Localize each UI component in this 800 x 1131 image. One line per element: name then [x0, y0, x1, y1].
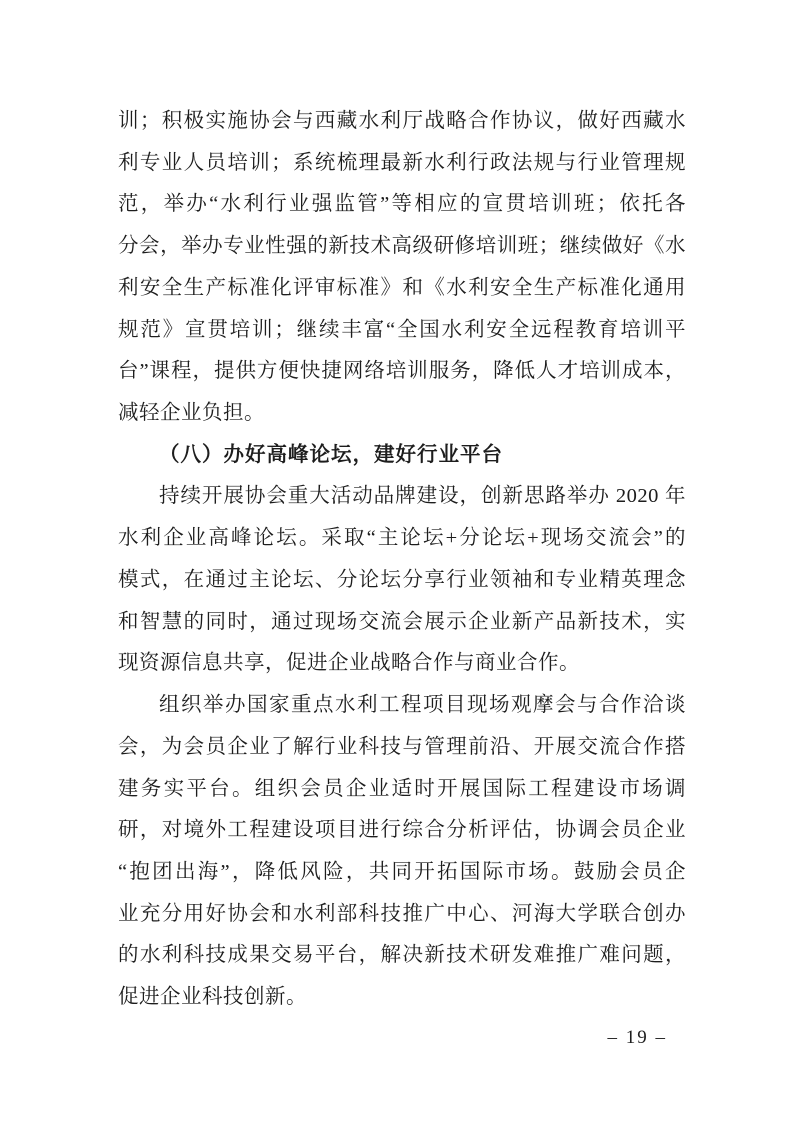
text-line: 训；积极实施协会与西藏水利厅战略合作协议，做好西藏水 [118, 101, 686, 143]
text-line: 和智慧的同时，通过现场交流会展示企业新产品新技术，实 [118, 602, 686, 644]
text-line: 模式，在通过主论坛、分论坛分享行业领袖和专业精英理念 [118, 560, 686, 602]
text-line: 利专业人员培训；系统梳理最新水利行政法规与行业管理规 [118, 143, 686, 185]
text-line: 利安全生产标准化评审标准》和《水利安全生产标准化通用 [118, 268, 686, 310]
text-line: 分会，举办专业性强的新技术高级研修培训班；继续做好《水 [118, 226, 686, 268]
document-page: 训；积极实施协会与西藏水利厅战略合作协议，做好西藏水利专业人员培训；系统梳理最新… [0, 0, 800, 1131]
text-line: 规范》宣贯培训；继续丰富“全国水利安全远程教育培训平 [118, 310, 686, 352]
text-line: 业充分用好协会和水利部科技推广中心、河海大学联合创办 [118, 894, 686, 936]
text-line: 的水利科技成果交易平台，解决新技术研发难推广难问题， [118, 935, 686, 977]
text-line: 现资源信息共享，促进企业战略合作与商业合作。 [118, 643, 686, 685]
text-line: 研，对境外工程建设项目进行综合分析评估，协调会员企业 [118, 810, 686, 852]
text-line: 减轻企业负担。 [118, 393, 686, 435]
document-body: 训；积极实施协会与西藏水利厅战略合作协议，做好西藏水利专业人员培训；系统梳理最新… [118, 101, 686, 1019]
text-line: 范，举办“水利行业强监管”等相应的宣贯培训班；依托各 [118, 184, 686, 226]
text-line: 建务实平台。组织会员企业适时开展国际工程建设市场调 [118, 769, 686, 811]
text-line: 持续开展协会重大活动品牌建设，创新思路举办 2020 年 [118, 476, 686, 518]
section-heading: （八）办好高峰论坛，建好行业平台 [118, 435, 686, 477]
text-line: “抱团出海”，降低风险，共同开拓国际市场。鼓励会员企 [118, 852, 686, 894]
text-line: 水利企业高峰论坛。采取“主论坛+分论坛+现场交流会”的 [118, 518, 686, 560]
text-line: 台”课程，提供方便快捷网络培训服务，降低人才培训成本， [118, 351, 686, 393]
text-line: 促进企业科技创新。 [118, 977, 686, 1019]
text-line: 组织举办国家重点水利工程项目现场观摩会与合作洽谈 [118, 685, 686, 727]
page-number: – 19 – [608, 1024, 668, 1052]
text-line: 会，为会员企业了解行业科技与管理前沿、开展交流合作搭 [118, 727, 686, 769]
